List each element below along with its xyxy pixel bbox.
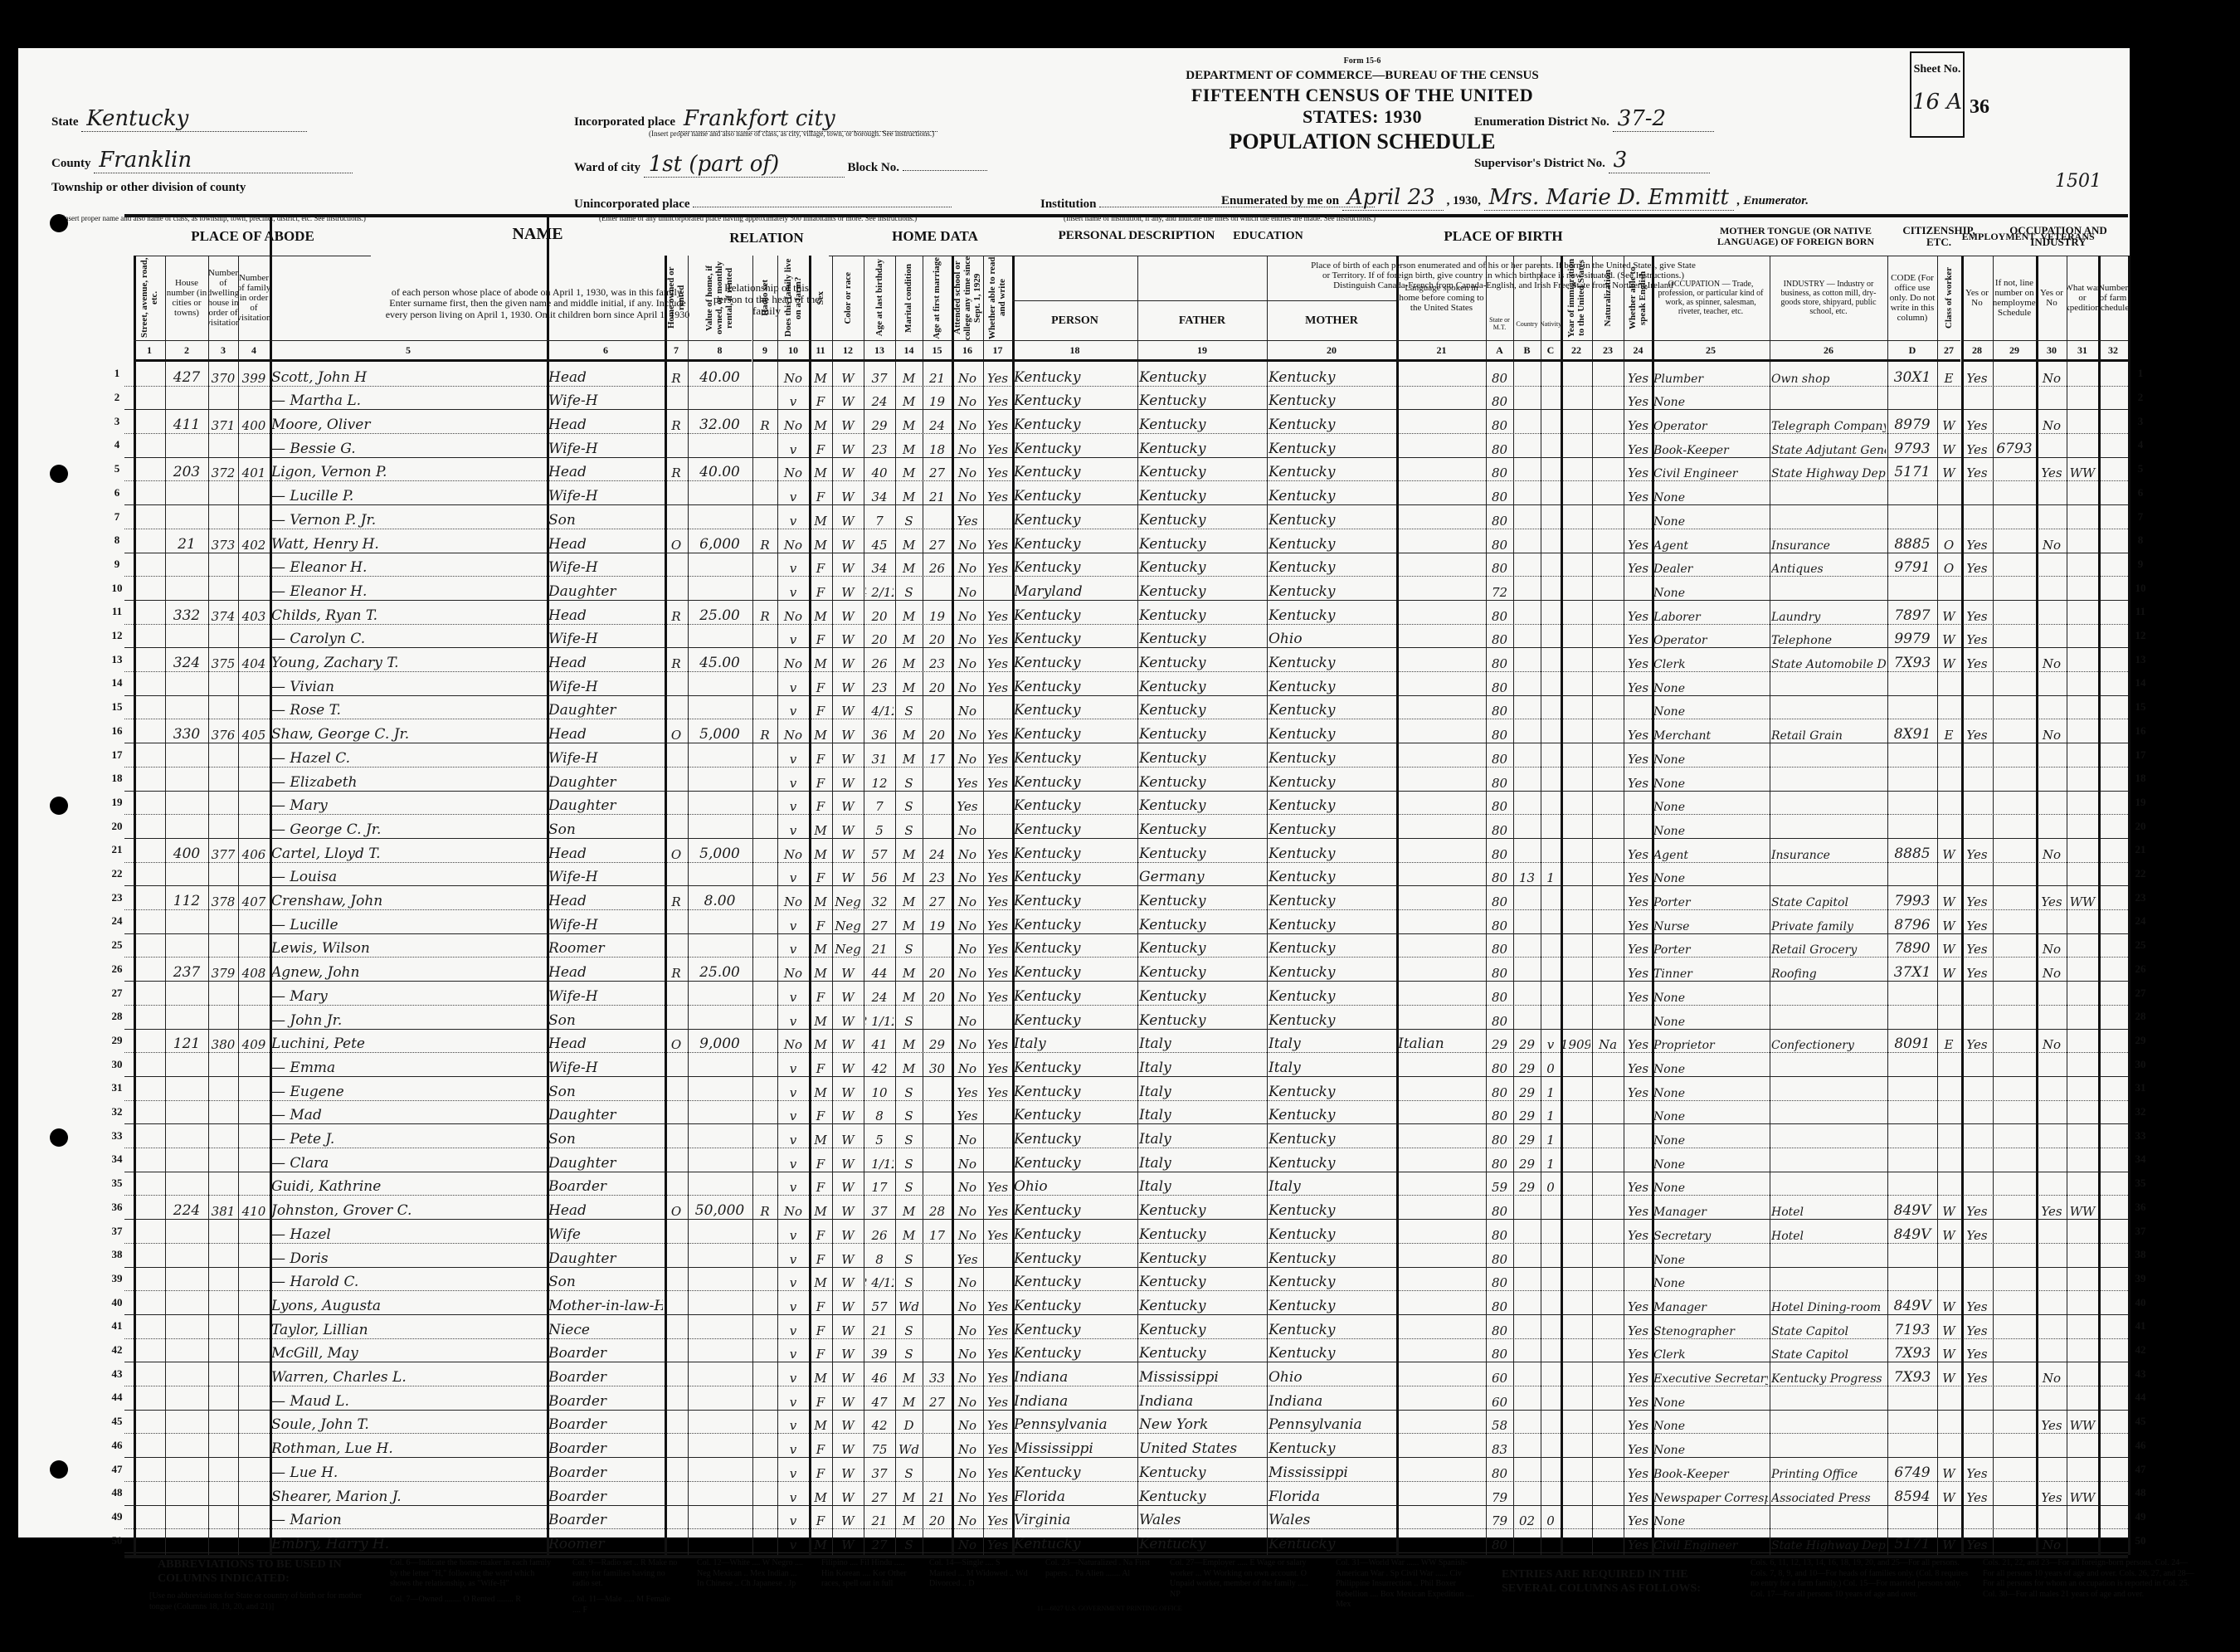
cell-dwelling — [210, 1362, 236, 1387]
cell-codeA: 80 — [1488, 362, 1512, 387]
state-label: State — [51, 115, 79, 129]
cell-vet — [2038, 1314, 2066, 1340]
cell-mother: Kentucky — [1269, 1314, 1395, 1340]
cell-house: 112 — [167, 885, 207, 911]
cell-lang — [1398, 933, 1485, 959]
cell-codeC: 1 — [1542, 862, 1559, 888]
cell-house — [167, 1148, 207, 1173]
cell-unemp — [1994, 791, 2034, 816]
cell-father: Kentucky — [1139, 1219, 1265, 1245]
cell-birth: Kentucky — [1014, 933, 1136, 959]
cell-farm: v — [779, 553, 807, 578]
cell-marital: S — [897, 1267, 921, 1293]
cell-age-marr: 20 — [924, 624, 950, 650]
cell-english: Yes — [1625, 481, 1651, 507]
cell-own — [666, 624, 686, 650]
cell-unemp — [1994, 767, 2034, 792]
cell-race: W — [834, 624, 862, 650]
cell-school: Yes — [953, 504, 981, 530]
cell-nat — [1594, 1100, 1622, 1126]
cell-immig — [1562, 1386, 1590, 1411]
cell-name: Moore, Oliver — [271, 409, 545, 435]
cell-immig — [1562, 814, 1590, 840]
cell-own: R — [666, 409, 686, 435]
table-row: 23112378407Crenshaw, JohnHeadR8.00NoMNeg… — [124, 885, 2128, 910]
cell-codeC — [1542, 885, 1559, 911]
cell-read: Yes — [985, 671, 1010, 697]
cell-immig — [1562, 553, 1590, 578]
cell-own — [666, 1457, 686, 1483]
cell-english: Yes — [1625, 1457, 1651, 1483]
cell-birth: Kentucky — [1014, 838, 1136, 864]
column-rule — [1993, 256, 1994, 1555]
cell-work: Yes — [1963, 933, 1991, 959]
cell-industry — [1771, 1076, 1886, 1102]
cell-codeD: 8796 — [1889, 909, 1936, 935]
cell-industry: Private family — [1771, 909, 1886, 935]
cell-war — [2068, 647, 2096, 673]
cell-name: Taylor, Lillian — [271, 1314, 545, 1340]
cell-lang — [1398, 504, 1485, 530]
cell-english — [1625, 791, 1651, 816]
cell-read: Yes — [985, 1029, 1010, 1055]
cell-vet — [2038, 1386, 2066, 1411]
punch-hole — [50, 214, 68, 232]
cell-relation: Wife-H — [548, 909, 663, 935]
cell-war — [2068, 504, 2096, 530]
cell-war — [2068, 1386, 2096, 1411]
cell-immig — [1562, 671, 1590, 697]
column-head-label: If not, line number on Unemployment Sche… — [1993, 278, 2036, 318]
cell-occupation: None — [1653, 481, 1768, 507]
cell-occupation: Book-Keeper — [1653, 1457, 1768, 1483]
cell-dwelling: 375 — [210, 647, 236, 673]
cell-unemp — [1994, 814, 2034, 840]
table-row: 33— Pete J.SonvMW5SNoKentuckyItalyKentuc… — [124, 1123, 2128, 1148]
cell-nat — [1594, 1123, 1622, 1149]
cell-unemp — [1994, 647, 2034, 673]
column-number: 6 — [547, 340, 665, 362]
cell-marital: S — [897, 1172, 921, 1197]
cell-farm: v — [779, 1338, 807, 1364]
cell-industry — [1771, 1410, 1886, 1435]
cell-immig — [1562, 1434, 1590, 1460]
cell-sex: M — [811, 504, 830, 530]
cell-codeA: 80 — [1488, 933, 1512, 959]
cell-name: — Lucille P. — [271, 481, 545, 507]
cell-radio — [754, 1219, 776, 1245]
cell-value — [689, 1386, 750, 1411]
cell-family: 409 — [240, 1029, 268, 1055]
cell-radio — [754, 1481, 776, 1507]
cell-age: 21 — [865, 1314, 894, 1340]
cell-own — [666, 862, 686, 888]
cell-cls: W — [1939, 647, 1959, 673]
cell-codeD: 30X1 — [1889, 362, 1936, 387]
column-rule — [832, 256, 833, 1555]
county-label: County — [51, 157, 91, 170]
cell-value: 40.00 — [689, 457, 750, 483]
cell-nat — [1594, 409, 1622, 435]
cell-house — [167, 1362, 207, 1387]
line-number-left: 30 — [110, 1052, 124, 1076]
cell-birth: Mississippi — [1014, 1434, 1136, 1460]
cell-war — [2068, 386, 2096, 412]
cell-family — [240, 1005, 268, 1031]
cell-english: Yes — [1625, 909, 1651, 935]
cell-unemp — [1994, 504, 2034, 530]
cell-unemp — [1994, 386, 2034, 412]
cell-cls — [1939, 981, 1959, 1006]
table-row: 29121380409Luchini, PeteHeadO9,000NoMW41… — [124, 1029, 2128, 1054]
cell-codeD: 7X93 — [1889, 1362, 1936, 1387]
cell-value — [689, 1267, 750, 1293]
cell-school: No — [953, 719, 981, 745]
line-number-right: 15 — [2128, 695, 2153, 719]
cell-age-marr: 26 — [924, 553, 950, 578]
column-head-label: Country — [1516, 321, 1537, 329]
cell-sex: M — [811, 1076, 830, 1102]
cell-name: — Mary — [271, 981, 545, 1006]
cell-own — [666, 1243, 686, 1269]
cell-industry: Retail Grocery — [1771, 933, 1886, 959]
cell-mother: Kentucky — [1269, 457, 1395, 483]
cell-school: No — [953, 1196, 981, 1221]
cell-birth: Italy — [1014, 1029, 1136, 1055]
line-number-right: 9 — [2128, 553, 2153, 577]
county-field: County Franklin — [51, 148, 353, 173]
line-number-right: 39 — [2128, 1267, 2153, 1291]
line-number-right: 38 — [2128, 1243, 2153, 1267]
cell-farm: v — [779, 1123, 807, 1149]
cell-read: Yes — [985, 1338, 1010, 1364]
cell-vet — [2038, 695, 2066, 721]
cell-family: 399 — [240, 362, 268, 387]
cell-occupation: None — [1653, 743, 1768, 768]
cell-war — [2068, 671, 2096, 697]
cell-work — [1963, 695, 1991, 721]
cell-father: New York — [1139, 1410, 1265, 1435]
cell-codeA: 80 — [1488, 504, 1512, 530]
cell-english — [1625, 695, 1651, 721]
cell-age-marr — [924, 576, 950, 602]
cell-codeD — [1889, 1052, 1936, 1078]
line-number-left: 26 — [110, 958, 124, 982]
cell-codeC — [1542, 624, 1559, 650]
cell-father: Germany — [1139, 862, 1265, 888]
name-instructions: of each person whose place of abode on A… — [371, 267, 704, 340]
cell-mother: Kentucky — [1269, 1528, 1395, 1554]
cell-vet: No — [2038, 409, 2066, 435]
cell-lang — [1398, 743, 1485, 768]
column-head-label: PERSON — [1051, 314, 1098, 327]
cell-relation: Wife-H — [548, 671, 663, 697]
table-row: 821373402Watt, Henry H.HeadO6,000RNoMW45… — [124, 529, 2128, 553]
line-number-left: 24 — [110, 909, 124, 933]
cell-immig — [1562, 1267, 1590, 1293]
cell-sex: F — [811, 671, 830, 697]
cell-own — [666, 1528, 686, 1554]
cell-age: 5 — [865, 1123, 894, 1149]
cell-own: R — [666, 958, 686, 983]
table-row: 44— Maud L.BoardervFW47M27NoYesIndianaIn… — [124, 1386, 2128, 1411]
cell-industry: Own shop — [1771, 362, 1886, 387]
cell-nat — [1594, 933, 1622, 959]
cell-english: Yes — [1625, 553, 1651, 578]
cell-sex: M — [811, 958, 830, 983]
cell-cls — [1939, 576, 1959, 602]
cell-name: — Eleanor H. — [271, 576, 545, 602]
cell-sex: F — [811, 386, 830, 412]
cell-occupation: Clerk — [1653, 1338, 1768, 1364]
cell-marital: M — [897, 1196, 921, 1221]
cell-codeB — [1515, 981, 1539, 1006]
cell-cls: W — [1939, 1457, 1959, 1483]
cell-age: 24 — [865, 981, 894, 1006]
cell-mother: Kentucky — [1269, 743, 1395, 768]
cell-birth: Kentucky — [1014, 433, 1136, 459]
cell-cls: E — [1939, 719, 1959, 745]
cell-farm: No — [779, 1196, 807, 1221]
column-head-radio: Radio set — [752, 256, 777, 340]
cell-work: Yes — [1963, 600, 1991, 626]
cell-english: Yes — [1625, 1196, 1651, 1221]
cell-value — [689, 743, 750, 768]
table-row: 11332374403Childs, Ryan T.HeadR25.00RNoM… — [124, 600, 2128, 625]
cell-nat — [1594, 624, 1622, 650]
cell-marital: M — [897, 529, 921, 554]
cell-value — [689, 933, 750, 959]
cell-english: Yes — [1625, 1410, 1651, 1435]
cell-house — [167, 909, 207, 935]
line-number-right: 46 — [2128, 1434, 2153, 1458]
cell-marital: S — [897, 1243, 921, 1269]
cell-birth: Kentucky — [1014, 409, 1136, 435]
line-number-right: 22 — [2128, 862, 2153, 886]
cell-war — [2068, 576, 2096, 602]
cell-codeB — [1515, 958, 1539, 983]
stamp-number: 36 — [1970, 96, 1989, 119]
cell-name: Luchini, Pete — [271, 1029, 545, 1055]
unincorporated-value — [693, 207, 952, 207]
cell-name: — Vivian — [271, 671, 545, 697]
cell-dwelling — [210, 1148, 236, 1173]
cell-industry — [1771, 1267, 1886, 1293]
cell-marital: M — [897, 719, 921, 745]
cell-age: 27 — [865, 1528, 894, 1554]
cell-family — [240, 1290, 268, 1316]
cell-war — [2068, 1219, 2096, 1245]
line-number-left: 13 — [110, 647, 124, 671]
cell-father: Kentucky — [1139, 553, 1265, 578]
cell-own: O — [666, 1196, 686, 1221]
cell-lang: Italian — [1398, 1029, 1485, 1055]
cell-lang — [1398, 695, 1485, 721]
cell-work — [1963, 743, 1991, 768]
column-head-label: FATHER — [1179, 314, 1225, 327]
line-number-right: 4 — [2128, 433, 2153, 457]
cell-war — [2068, 981, 2096, 1006]
cell-work: Yes — [1963, 362, 1991, 387]
cell-mother: Kentucky — [1269, 1338, 1395, 1364]
cell-industry: Hotel — [1771, 1219, 1886, 1245]
cell-school: No — [953, 576, 981, 602]
cell-marital: S — [897, 767, 921, 792]
cell-race: W — [834, 362, 862, 387]
column-number: 23 — [1592, 340, 1624, 362]
column-head-birth: PERSON — [1012, 300, 1137, 341]
cell-own — [666, 933, 686, 959]
cell-birth: Kentucky — [1014, 909, 1136, 935]
cell-age-marr: 29 — [924, 1029, 950, 1055]
cell-age: 21 — [865, 1505, 894, 1531]
cell-mother: Kentucky — [1269, 885, 1395, 911]
column-head-label: MOTHER — [1305, 314, 1358, 327]
cell-relation: Head — [548, 457, 663, 483]
cell-vet: No — [2038, 647, 2066, 673]
table-row: 21400377406Cartel, Lloyd T.HeadO5,000NoM… — [124, 838, 2128, 863]
cell-name: Guidi, Kathrine — [271, 1172, 545, 1197]
cell-lang — [1398, 1076, 1485, 1102]
cell-vet — [2038, 1243, 2066, 1269]
cell-work: Yes — [1963, 433, 1991, 459]
cell-codeB — [1515, 529, 1539, 554]
cell-birth: Kentucky — [1014, 885, 1136, 911]
incorporated-value: Frankfort city — [679, 106, 937, 132]
cell-war — [2068, 1457, 2096, 1483]
cell-vet — [2038, 1123, 2066, 1149]
cell-radio — [754, 885, 776, 911]
cell-lang — [1398, 958, 1485, 983]
cell-farm: v — [779, 576, 807, 602]
cell-cls: W — [1939, 1528, 1959, 1554]
line-number-right: 10 — [2128, 576, 2153, 600]
cell-father: Indiana — [1139, 1386, 1265, 1411]
cell-relation: Daughter — [548, 767, 663, 792]
cell-codeC: 1 — [1542, 1148, 1559, 1173]
line-number-left: 48 — [110, 1481, 124, 1505]
cell-mother: Kentucky — [1269, 719, 1395, 745]
cell-codeD: 8X91 — [1889, 719, 1936, 745]
cell-value — [689, 1172, 750, 1197]
cell-house: 330 — [167, 719, 207, 745]
cell-race: W — [834, 767, 862, 792]
cell-race: W — [834, 671, 862, 697]
cell-radio — [754, 647, 776, 673]
cell-nat — [1594, 767, 1622, 792]
cell-farm: v — [779, 1076, 807, 1102]
cell-vet — [2038, 1338, 2066, 1364]
cell-codeD — [1889, 1505, 1936, 1531]
table-row: 7— Vernon P. Jr.SonvMW7SYesKentuckyKentu… — [124, 504, 2128, 529]
cell-war — [2068, 695, 2096, 721]
cell-relation: Head — [548, 838, 663, 864]
column-rule — [238, 256, 239, 1555]
cell-radio — [754, 1410, 776, 1435]
cell-industry — [1771, 1243, 1886, 1269]
cell-cls: W — [1939, 1314, 1959, 1340]
table-row: 37— HazelWifevFW26M17NoYesKentuckyKentuc… — [124, 1219, 2128, 1244]
cell-farm: v — [779, 1148, 807, 1173]
cell-marital: M — [897, 1029, 921, 1055]
cell-industry — [1771, 576, 1886, 602]
cell-industry: Insurance — [1771, 529, 1886, 554]
cell-value — [689, 1528, 750, 1554]
abbrev-col6: Col. 6—Indicate the home-maker in each f… — [390, 1558, 556, 1590]
cell-birth: Kentucky — [1014, 1314, 1136, 1340]
cell-unemp — [1994, 1076, 2034, 1102]
cell-father: Kentucky — [1139, 433, 1265, 459]
cell-occupation: None — [1653, 504, 1768, 530]
cell-father: Italy — [1139, 1100, 1265, 1126]
cell-codeD — [1889, 981, 1936, 1006]
cell-codeA: 80 — [1488, 1123, 1512, 1149]
cell-unemp — [1994, 743, 2034, 768]
table-row: 18— ElizabethDaughtervFW12SYesYesKentuck… — [124, 767, 2128, 792]
cell-radio — [754, 981, 776, 1006]
cell-school: No — [953, 386, 981, 412]
cell-dwelling — [210, 862, 236, 888]
cell-occupation: Manager — [1653, 1196, 1768, 1221]
enumerated-date: April 23 — [1342, 185, 1444, 211]
cell-vet: Yes — [2038, 1481, 2066, 1507]
line-number-left: 23 — [110, 885, 124, 909]
cell-industry — [1771, 1148, 1886, 1173]
cell-immig — [1562, 767, 1590, 792]
cell-sex: F — [811, 1457, 830, 1483]
line-number-left: 17 — [110, 743, 124, 767]
cell-age: 36 — [865, 719, 894, 745]
cell-age: 7 — [865, 791, 894, 816]
cell-dwelling — [210, 671, 236, 697]
cell-codeC: 0 — [1542, 1505, 1559, 1531]
column-rule — [1513, 256, 1514, 1555]
cell-english — [1625, 1123, 1651, 1149]
cell-marital: M — [897, 457, 921, 483]
cell-farm: v — [779, 862, 807, 888]
cell-radio — [754, 791, 776, 816]
cell-family: 407 — [240, 885, 268, 911]
cell-codeD — [1889, 1148, 1936, 1173]
cell-codeD: 5171 — [1889, 457, 1936, 483]
cell-school: No — [953, 1219, 981, 1245]
cell-father: Kentucky — [1139, 814, 1265, 840]
cell-radio — [754, 576, 776, 602]
cell-house — [167, 743, 207, 768]
cell-school: No — [953, 433, 981, 459]
cell-sex: F — [811, 1052, 830, 1078]
cell-work — [1963, 1434, 1991, 1460]
cell-english: Yes — [1625, 719, 1651, 745]
title-block: Form 15-6 DEPARTMENT OF COMMERCE—BUREAU … — [1171, 56, 1553, 154]
cell-work: Yes — [1963, 1528, 1991, 1554]
table-row: 46Rothman, Lue H.BoardervFW75WdNoYesMiss… — [124, 1434, 2128, 1459]
cell-dwelling — [210, 1172, 236, 1197]
sheet-value: 16 A — [1911, 90, 1963, 115]
column-head-label: Street, avenue, road, etc. — [139, 256, 159, 340]
cell-family — [240, 1410, 268, 1435]
cell-dwelling — [210, 1076, 236, 1102]
cell-family — [240, 1505, 268, 1531]
cell-dwelling: 374 — [210, 600, 236, 626]
cell-marital: M — [897, 1052, 921, 1078]
cell-codeA: 80 — [1488, 862, 1512, 888]
cell-immig — [1562, 409, 1590, 435]
column-rule — [983, 256, 984, 1555]
cell-work: Yes — [1963, 1219, 1991, 1245]
cell-age-marr: 20 — [924, 981, 950, 1006]
cell-mother: Kentucky — [1269, 386, 1395, 412]
